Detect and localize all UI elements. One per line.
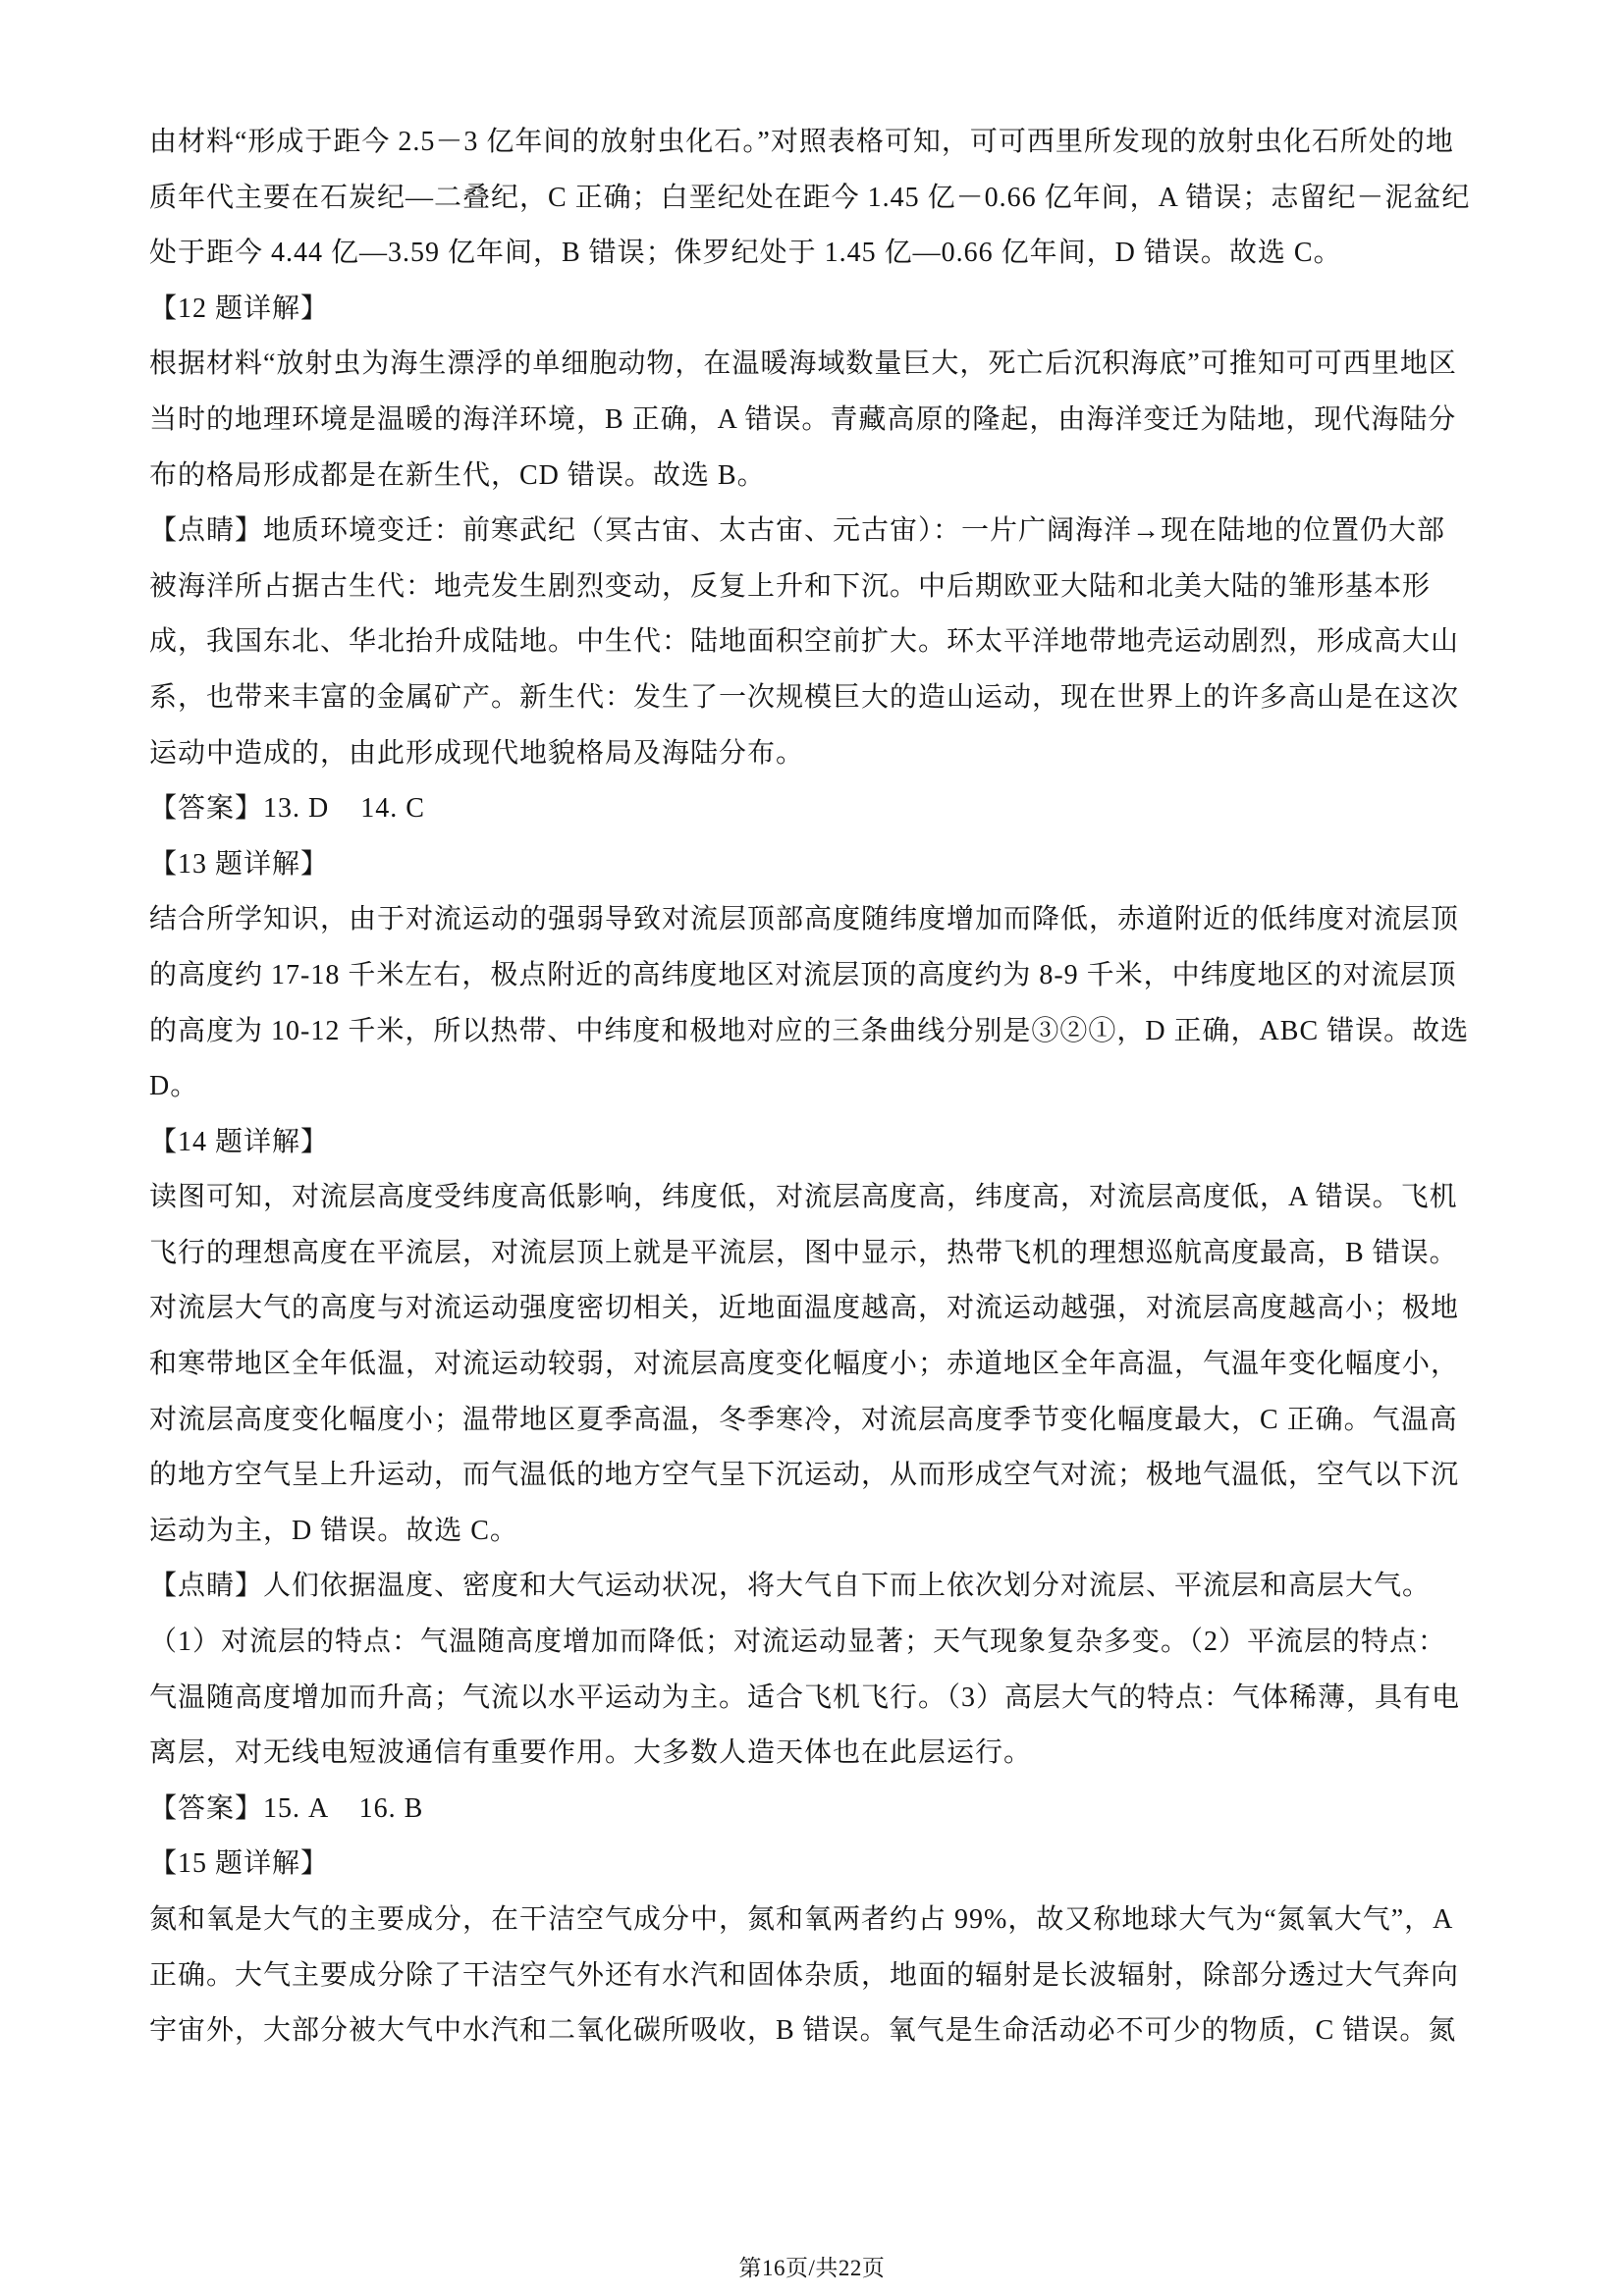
text-line: 的高度约 17-18 千米左右，极点附近的高纬度地区对流层顶的高度约为 8-9 … — [149, 948, 1477, 1004]
text-line: 正确。大气主要成分除了干洁空气外还有水汽和固体杂质，地面的辐射是长波辐射，除部分… — [149, 1949, 1477, 2004]
text-line: 的地方空气呈上升运动，而气温低的地方空气呈下沉运动，从而形成空气对流；极地气温低… — [149, 1448, 1477, 1504]
text-line: （1）对流层的特点：气温随高度增加而降低；对流运动显著；天气现象复杂多变。（2）… — [149, 1615, 1477, 1671]
text-line: 宇宙外，大部分被大气中水汽和二氧化碳所吸收，B 错误。氧气是生命活动必不可少的物… — [149, 2003, 1477, 2059]
answer-line: 【答案】15. A 16. B — [149, 1782, 1477, 1838]
page: { "page": { "footer": "第16页/共22页" }, "co… — [0, 0, 1624, 2296]
text-line: 成，我国东北、华北抬升成陆地。中生代：陆地面积空前扩大。环太平洋地带地壳运动剧烈… — [149, 614, 1477, 670]
text-line: 【点睛】地质环境变迁：前寒武纪（冥古宙、太古宙、元古宙）：一片广阔海洋→现在陆地… — [149, 504, 1477, 560]
text-line: 的高度为 10-12 千米，所以热带、中纬度和极地对应的三条曲线分别是③②①，D… — [149, 1004, 1477, 1060]
page-number: 第16页/共22页 — [0, 2250, 1624, 2282]
text-line: D。 — [149, 1059, 1477, 1115]
text-line: 飞行的理想高度在平流层，对流层顶上就是平流层，图中显示，热带飞机的理想巡航高度最… — [149, 1226, 1477, 1282]
section-heading: 【12 题详解】 — [149, 282, 1477, 338]
text-line: 对流层大气的高度与对流运动强度密切相关，近地面温度越高，对流运动越强，对流层高度… — [149, 1281, 1477, 1337]
section-heading: 【15 题详解】 — [149, 1837, 1477, 1893]
text-line: 和寒带地区全年低温，对流运动较弱，对流层高度变化幅度小；赤道地区全年高温，气温年… — [149, 1337, 1477, 1393]
section-heading: 【13 题详解】 — [149, 837, 1477, 893]
document-content: 由材料“形成于距今 2.5－3 亿年间的放射虫化石。”对照表格可知，可可西里所发… — [149, 115, 1477, 2059]
text-line: 由材料“形成于距今 2.5－3 亿年间的放射虫化石。”对照表格可知，可可西里所发… — [149, 115, 1477, 171]
text-line: 质年代主要在石炭纪—二叠纪，C 正确；白垩纪处在距今 1.45 亿－0.66 亿… — [149, 171, 1477, 227]
text-line: 氮和氧是大气的主要成分，在干洁空气成分中，氮和氧两者约占 99%，故又称地球大气… — [149, 1893, 1477, 1949]
section-heading: 【14 题详解】 — [149, 1115, 1477, 1171]
text-line: 运动中造成的，由此形成现代地貌格局及海陆分布。 — [149, 726, 1477, 782]
text-line: 系，也带来丰富的金属矿产。新生代：发生了一次规模巨大的造山运动，现在世界上的许多… — [149, 670, 1477, 726]
text-line: 气温随高度增加而升高；气流以水平运动为主。适合飞机飞行。（3）高层大气的特点：气… — [149, 1671, 1477, 1727]
answer-line: 【答案】13. D 14. C — [149, 781, 1477, 837]
text-line: 当时的地理环境是温暖的海洋环境，B 正确，A 错误。青藏高原的隆起，由海洋变迁为… — [149, 393, 1477, 449]
text-line: 读图可知，对流层高度受纬度高低影响，纬度低，对流层高度高，纬度高，对流层高度低，… — [149, 1170, 1477, 1226]
text-line: 离层，对无线电短波通信有重要作用。大多数人造天体也在此层运行。 — [149, 1726, 1477, 1782]
text-line: 【点睛】人们依据温度、密度和大气运动状况，将大气自下而上依次划分对流层、平流层和… — [149, 1559, 1477, 1615]
text-line: 结合所学知识，由于对流运动的强弱导致对流层顶部高度随纬度增加而降低，赤道附近的低… — [149, 892, 1477, 948]
text-line: 被海洋所占据古生代：地壳发生剧烈变动，反复上升和下沉。中后期欧亚大陆和北美大陆的… — [149, 560, 1477, 615]
text-line: 根据材料“放射虫为海生漂浮的单细胞动物，在温暖海域数量巨大，死亡后沉积海底”可推… — [149, 337, 1477, 393]
text-line: 处于距今 4.44 亿—3.59 亿年间，B 错误；侏罗纪处于 1.45 亿—0… — [149, 226, 1477, 282]
text-line: 运动为主，D 错误。故选 C。 — [149, 1504, 1477, 1560]
text-line: 布的格局形成都是在新生代，CD 错误。故选 B。 — [149, 449, 1477, 505]
text-line: 对流层高度变化幅度小；温带地区夏季高温，冬季寒冷，对流层高度季节变化幅度最大，C… — [149, 1393, 1477, 1449]
